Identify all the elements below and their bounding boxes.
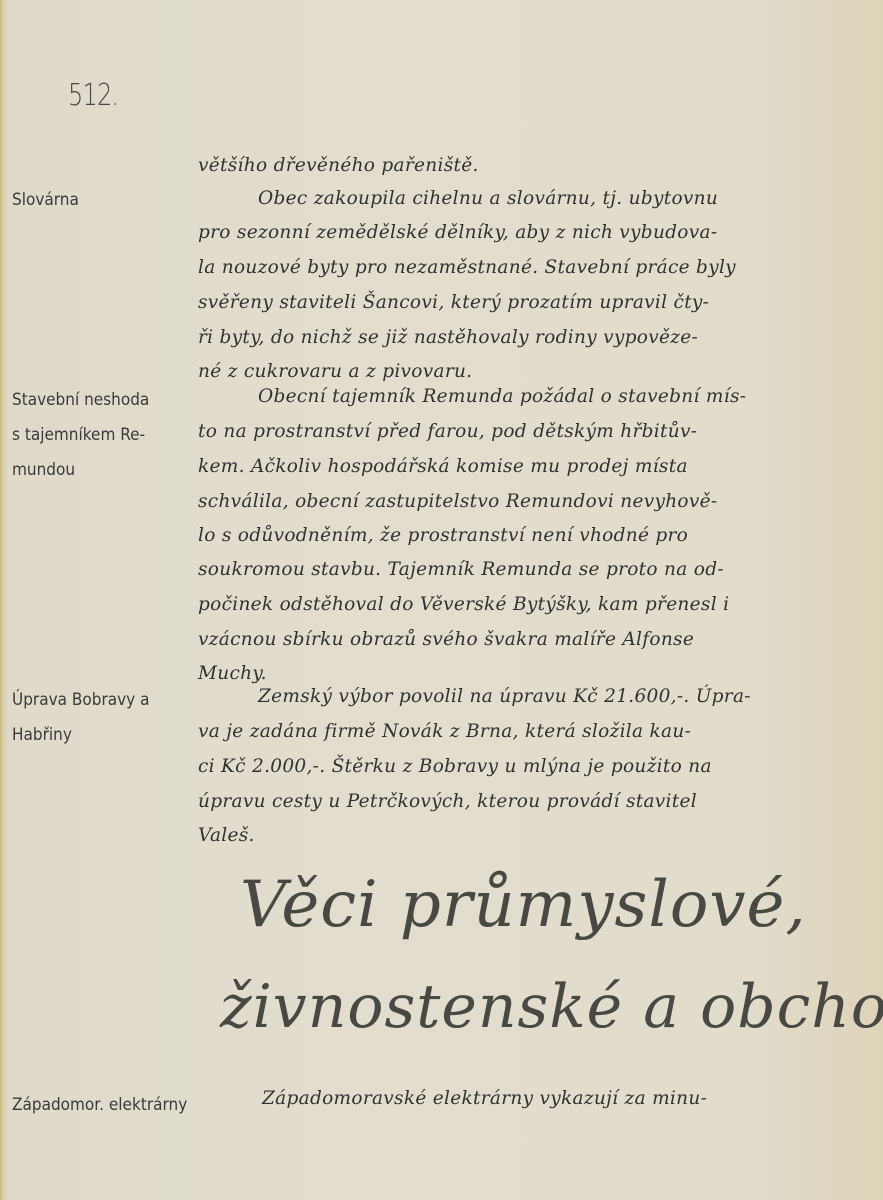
margin-note-uprava-bobravy: Úprava Bobravy a Habřiny bbox=[12, 683, 149, 753]
margin-note-line: Stavební neshoda bbox=[12, 383, 149, 418]
body-line: Muchy. bbox=[198, 663, 267, 684]
margin-note-line: Habřiny bbox=[12, 718, 149, 753]
body-line: Obec zakoupila cihelnu a slovárnu, tj. u… bbox=[258, 188, 718, 209]
body-line: né z cukrovaru a z pivovaru. bbox=[198, 361, 472, 382]
margin-note-slovarna: Slovárna bbox=[12, 183, 79, 218]
body-line: Valeš. bbox=[198, 825, 255, 846]
margin-note-line: Západomor. elektrárny bbox=[12, 1088, 187, 1123]
margin-note-line: s tajemníkem Re- bbox=[12, 418, 149, 453]
body-line: úpravu cesty u Petrčkových, kterou prová… bbox=[198, 791, 697, 812]
body-line: ři byty, do nichž se již nastěhovaly rod… bbox=[198, 327, 698, 348]
body-line: Zemský výbor povolil na úpravu Kč 21.600… bbox=[258, 686, 751, 707]
body-line: Západomoravské elektrárny vykazují za mi… bbox=[262, 1088, 707, 1109]
margin-note-line: Slovárna bbox=[12, 183, 79, 218]
body-line: soukromou stavbu. Tajemník Remunda se pr… bbox=[198, 559, 724, 580]
body-line: většího dřevěného pařeniště. bbox=[198, 155, 479, 176]
body-line: la nouzové byty pro nezaměstnané. Staveb… bbox=[198, 257, 736, 278]
body-line: va je zadána firmě Novák z Brna, která s… bbox=[198, 721, 691, 742]
section-heading-line-1: Věci průmyslové, bbox=[240, 868, 807, 942]
margin-note-stavebni-neshoda: Stavební neshoda s tajemníkem Re- mundou bbox=[12, 383, 149, 488]
chronicle-page: 512. Slovárna Stavební neshoda s tajemní… bbox=[0, 0, 883, 1200]
body-line: kem. Ačkoliv hospodářská komise mu prode… bbox=[198, 456, 688, 477]
body-line: schválila, obecní zastupitelstvo Remundo… bbox=[198, 491, 717, 512]
body-line: pro sezonní zemědělské dělníky, aby z ni… bbox=[198, 222, 717, 243]
body-line: to na prostranství před farou, pod dětsk… bbox=[198, 421, 697, 442]
page-number: 512. bbox=[68, 78, 118, 113]
body-line: počinek odstěhoval do Věverské Bytýšky, … bbox=[198, 594, 729, 615]
margin-note-zapadomor-elektrarny: Západomor. elektrárny bbox=[12, 1088, 187, 1123]
body-line: lo s odůvodněním, že prostranství není v… bbox=[198, 525, 688, 546]
body-line: vzácnou sbírku obrazů svého švakra malíř… bbox=[198, 629, 694, 650]
body-line: svěřeny staviteli Šancovi, který prozatí… bbox=[198, 292, 709, 313]
body-line: ci Kč 2.000,-. Štěrku z Bobravy u mlýna … bbox=[198, 756, 712, 777]
margin-note-line: mundou bbox=[12, 453, 149, 488]
body-line: Obecní tajemník Remunda požádal o staveb… bbox=[258, 386, 746, 407]
margin-note-line: Úprava Bobravy a bbox=[12, 683, 149, 718]
section-heading-line-2: živnostenské a obchodní bbox=[220, 972, 883, 1042]
